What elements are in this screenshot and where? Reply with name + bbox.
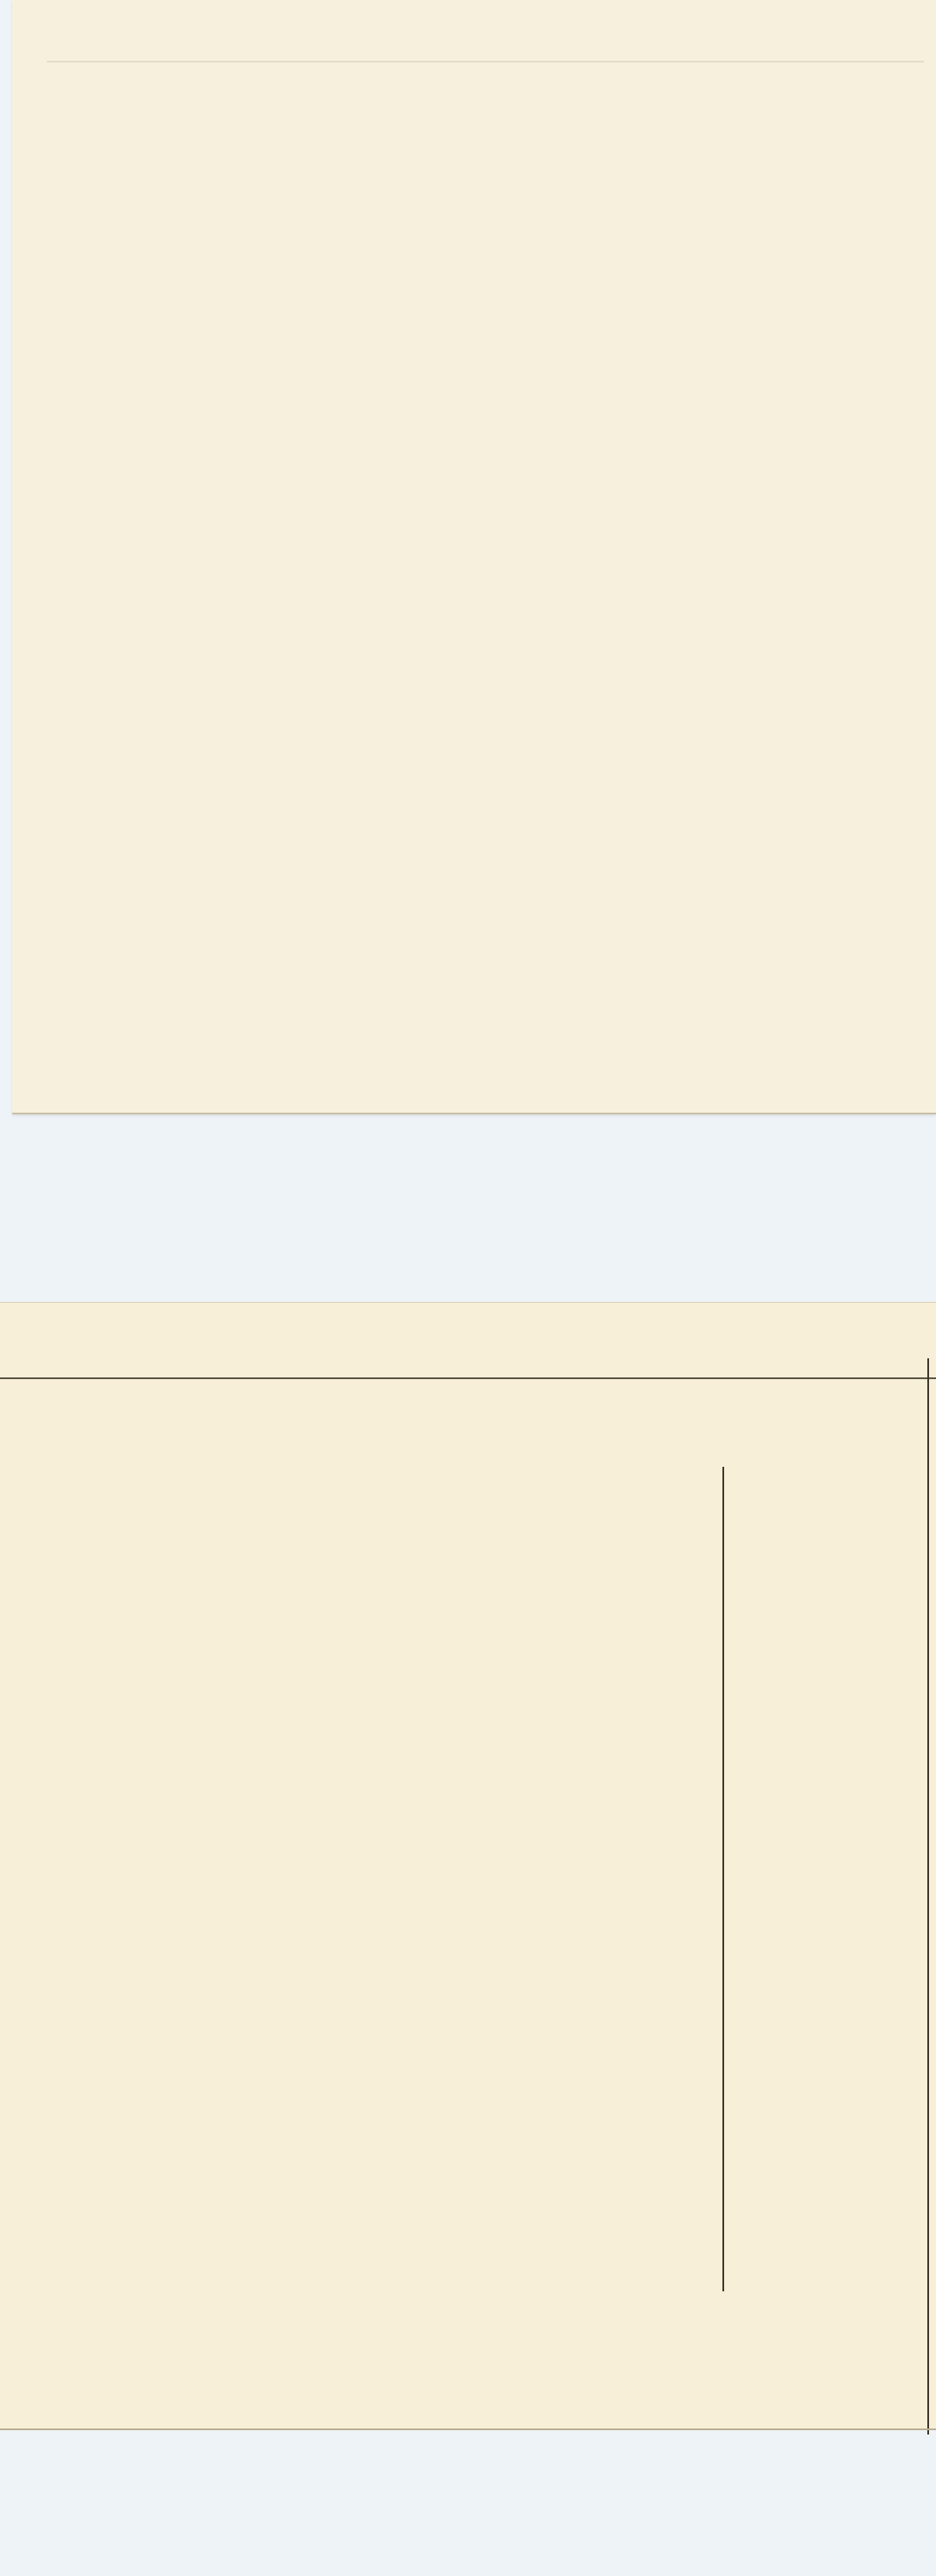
catalog-column: [728, 1475, 920, 1486]
album-page-gabon: [0, 1302, 936, 2429]
page-bottom-edge: [0, 2428, 936, 2430]
show-through-rule: [47, 61, 924, 62]
header-rule: [0, 1377, 936, 1379]
album-page-gold-coast: [12, 0, 936, 1114]
right-margin-rule: [927, 1358, 929, 2435]
catalog-divider: [722, 1467, 724, 2291]
